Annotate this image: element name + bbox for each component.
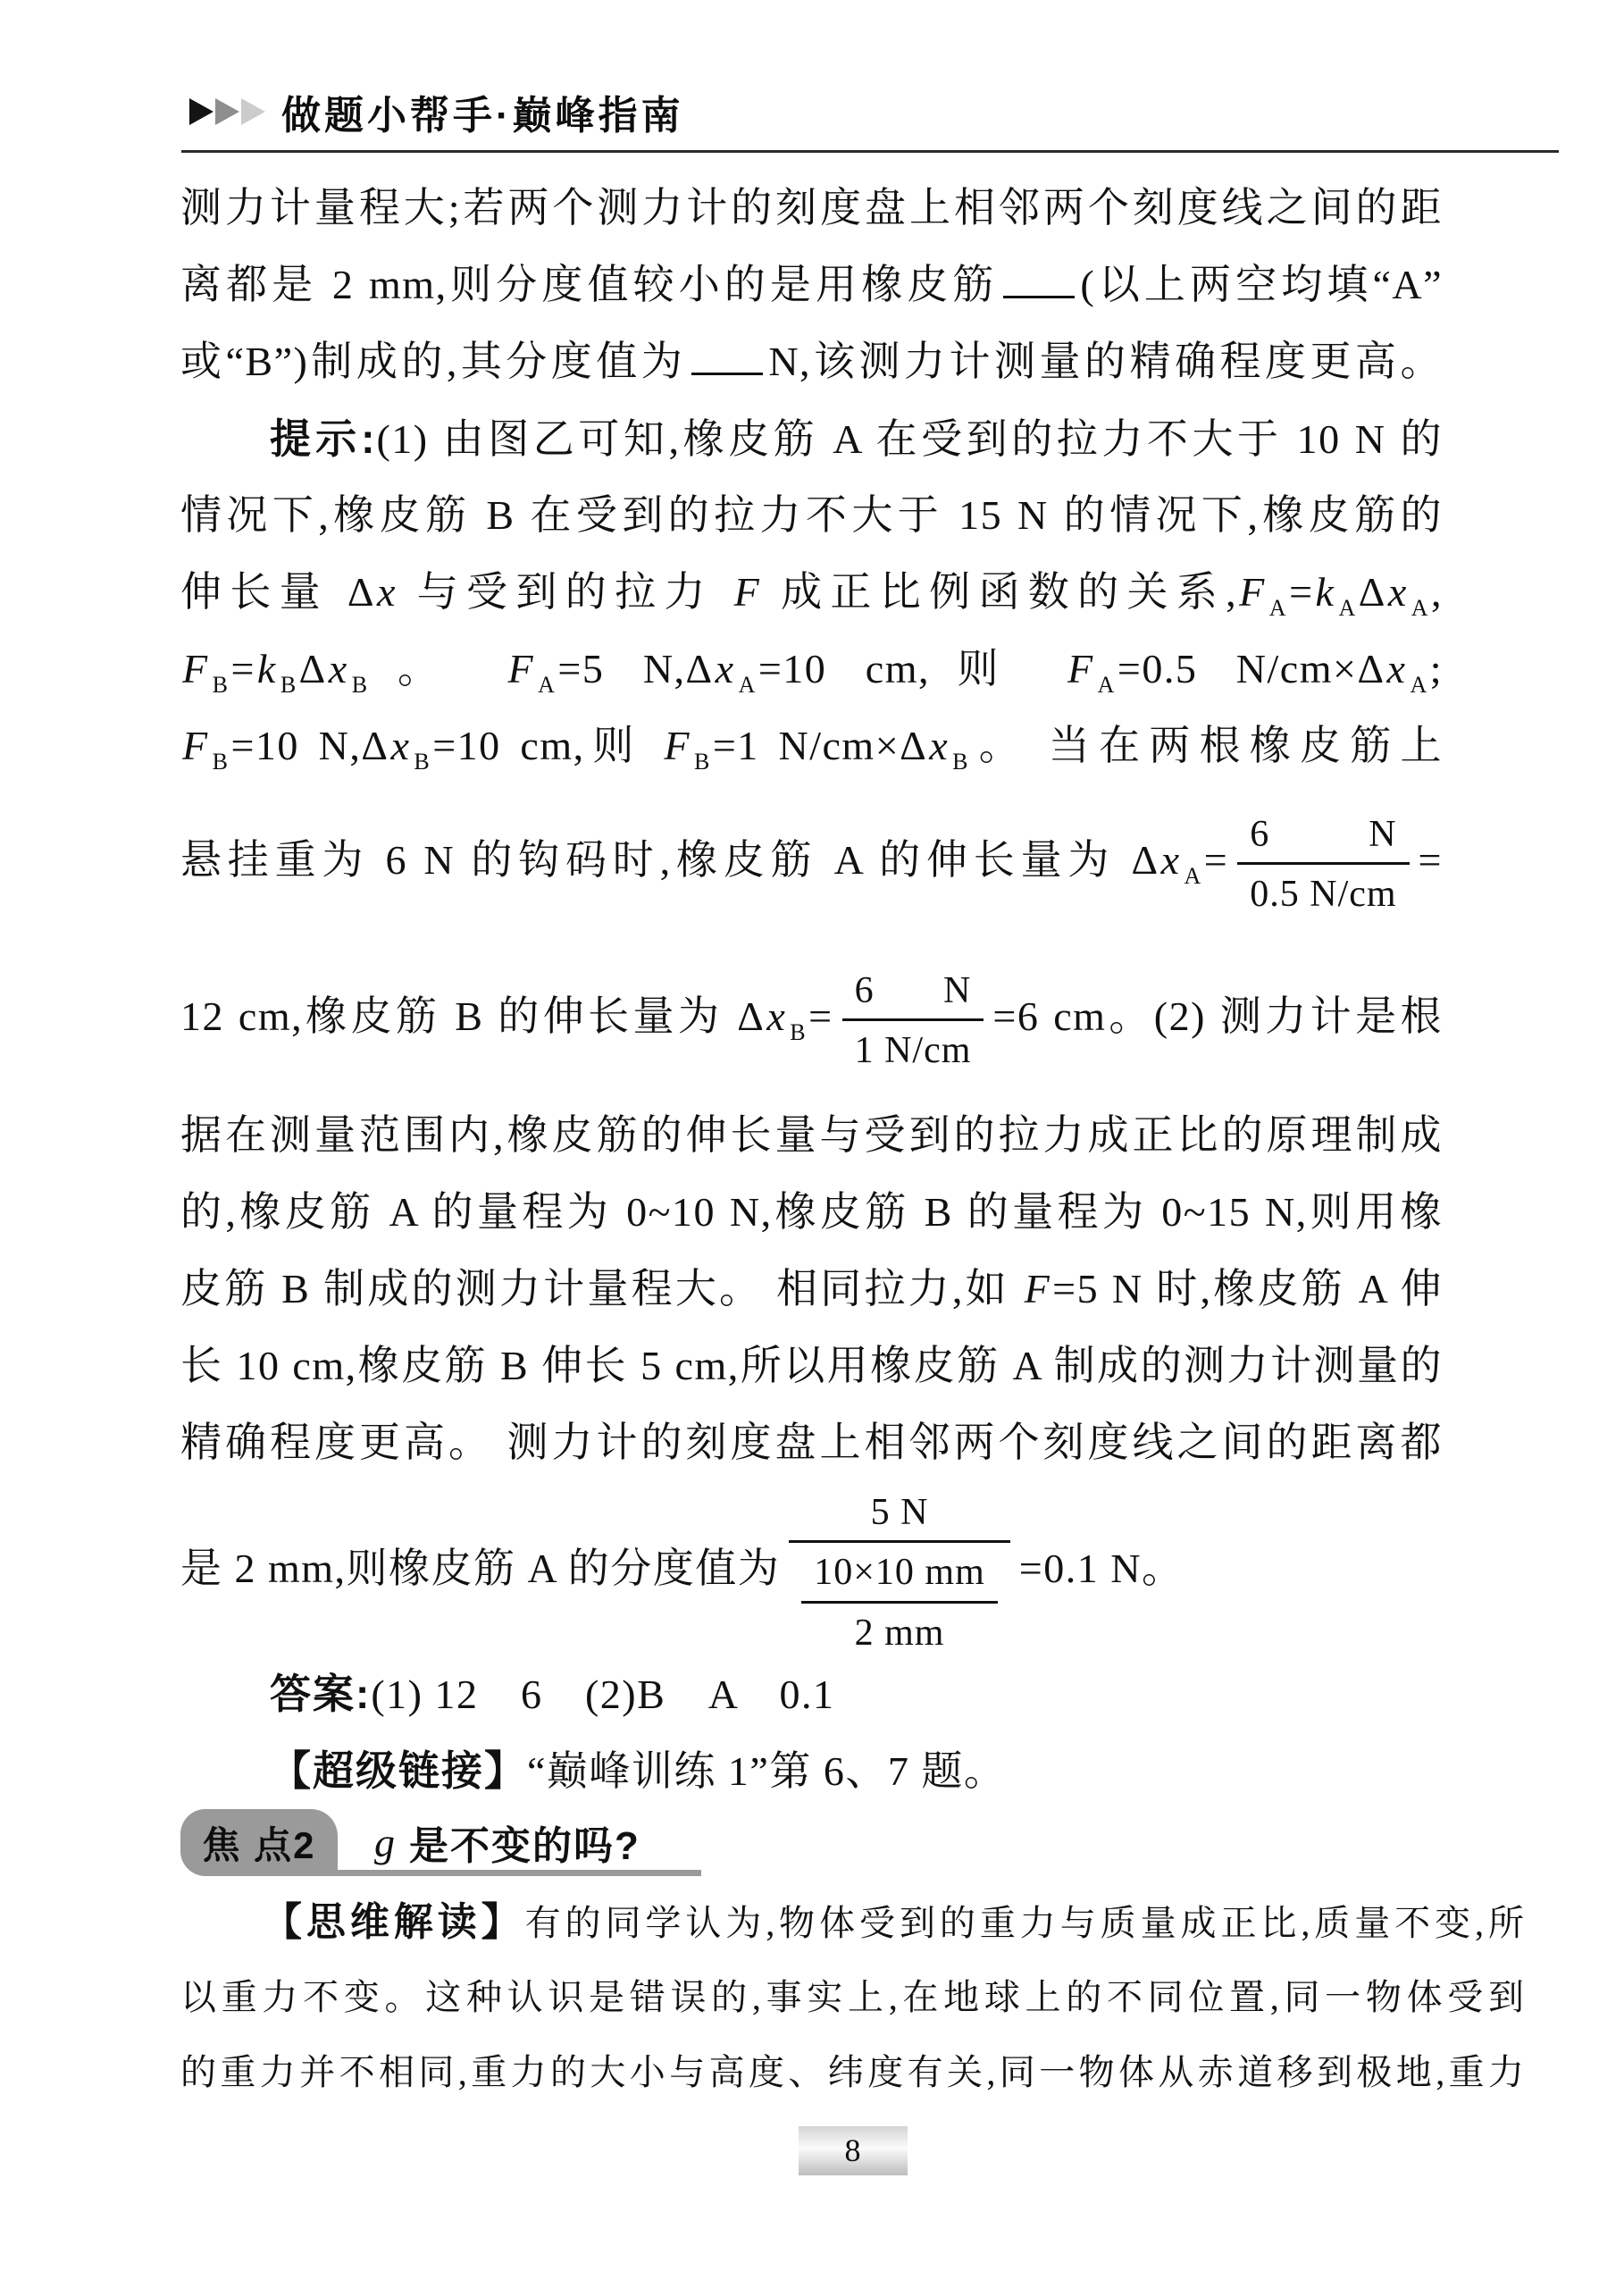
text-segment: = [1419,837,1443,883]
text-line: 测力计量程大;若两个测力计的刻度盘上相邻两个刻度线之间的距 [180,170,1443,247]
text-segment: F [180,646,211,691]
text-line: 皮筋 B 制成的测力计量程大。 相同拉力,如 F=5 N 时,橡皮筋 A 伸 [180,1251,1443,1328]
fill-in-blank [1003,255,1075,298]
fraction: 10×10 mm2 mm [801,1550,998,1655]
text-segment: 的,橡皮筋 A 的量程为 0~10 N,橡皮筋 B 的量程为 0~15 N,则用… [180,1189,1443,1235]
text-segment: 2 mm [855,1613,945,1654]
text-segment: 的重力并不相同,重力的大小与高度、纬度有关,同一物体从赤道移到极地,重力 [180,2052,1525,2092]
fraction: 6 N1 N/cm [842,968,984,1074]
text-segment: x [389,723,412,768]
text-segment: A [1338,595,1356,621]
text-segment: 离都是 2 mm,则分度值较小的是用橡皮筋 [180,262,998,307]
text-line: 的重力并不相同,重力的大小与高度、纬度有关,同一物体从赤道移到极地,重力 [180,2035,1525,2110]
text-segment: (以上两空均填“A” [1080,262,1443,307]
text-segment: 。 当在两根橡皮筋上 [971,723,1443,768]
header-rule [181,150,1559,153]
text-segment: B [352,672,369,698]
text-segment: 6 N [1250,814,1396,855]
text-segment: 答案: [270,1671,371,1717]
page-header-title: 做题小帮手·巅峰指南 [281,83,684,140]
focus-section-heading: 焦 点2 g 是不变的吗? [180,1809,1443,1885]
text-segment: 与受到的拉力 [398,569,732,615]
text-segment: N,该测力计测量的精确程度更高。 [768,339,1443,384]
text-segment: x [1385,646,1409,691]
text-segment: , [1431,569,1443,615]
text-segment: 【思维解读】 [263,1900,525,1944]
text-segment: B [790,1019,807,1045]
text-segment: 或“B”)制成的,其分度值为 [180,339,686,384]
focus-badge-label: 焦 点2 [202,1816,315,1870]
text-segment: 6 N [855,970,972,1011]
text-line: FB=kBΔxB。 FA=5 N,ΔxA=10 cm,则 FA=0.5 N/cm… [180,631,1443,708]
fraction-numerator: 5 N [789,1490,1010,1540]
focus-title: g 是不变的吗? [373,1811,640,1873]
text-segment: 0.5 N/cm [1250,874,1396,915]
text-segment: 精确程度更高。 测力计的刻度盘上相邻两个刻度线之间的距离都 [180,1420,1443,1465]
text-segment: x [327,646,350,691]
text-segment: A [538,672,556,698]
page-header: 做题小帮手·巅峰指南 [189,89,684,134]
text-segment: A [1185,863,1202,889]
text-segment: 5 N [871,1492,929,1533]
text-segment: x [375,569,398,615]
text-segment: F [1023,1266,1053,1311]
text-segment: Δ [299,646,327,691]
text-segment: F [1066,646,1096,691]
text-segment: 伸长量 Δ [180,569,375,615]
content-column: 测力计量程大;若两个测力计的刻度盘上相邻两个刻度线之间的距 离都是 2 mm,则… [180,170,1525,2175]
text-line: 是 2 mm,则橡皮筋 A 的分度值为5 N10×10 mm2 mm=0.1 N… [180,1481,1443,1655]
fraction-denominator: 0.5 N/cm [1237,862,1409,917]
text-segment: x [927,723,950,768]
text-segment: (1) 由图乙可知,橡皮筋 A 在受到的拉力不大于 10 N 的 [376,416,1443,462]
text-segment: 长 10 cm,橡皮筋 B 伸长 5 cm,所以用橡皮筋 A 制成的测力计测量的 [180,1343,1443,1388]
fraction: 5 N10×10 mm2 mm [789,1490,1010,1655]
text-segment: =6 cm。(2) 测力计是根 [992,993,1443,1039]
text-line: 12 cm,橡皮筋 B 的伸长量为 ΔxB=6 N1 N/cm=6 cm。(2)… [180,936,1443,1097]
text-segment: A [1269,595,1287,621]
text-line: 精确程度更高。 测力计的刻度盘上相邻两个刻度线之间的距离都 [180,1404,1443,1481]
fraction-denominator: 10×10 mm2 mm [789,1540,1010,1655]
text-line: FB=10 N,ΔxB=10 cm,则 FB=1 N/cm×ΔxB。 当在两根橡… [180,708,1443,784]
text-line: 离都是 2 mm,则分度值较小的是用橡皮筋(以上两空均填“A” [180,247,1443,323]
text-segment: =5 N,Δ [557,646,713,691]
text-line: 以重力不变。这种认识是错误的,事实上,在地球上的不同位置,同一物体受到 [180,1960,1525,2035]
text-segment: 是 2 mm,则橡皮筋 A 的分度值为 [180,1546,780,1591]
text-line: 悬挂重为 6 N 的钩码时,橡皮筋 A 的伸长量为 ΔxA=6 N0.5 N/c… [180,784,1443,936]
text-segment: 测力计量程大;若两个测力计的刻度盘上相邻两个刻度线之间的距 [180,185,1443,230]
header-arrow-icon [241,98,265,125]
text-segment: F [1237,569,1268,615]
text-segment: 据在测量范围内,橡皮筋的伸长量与受到的拉力成正比的原理制成 [180,1112,1443,1158]
text-segment: “巅峰训练 1”第 6、7 题。 [527,1748,1006,1794]
text-segment: =10 N,Δ [230,723,389,768]
text-segment: =10 cm,则 [432,723,662,768]
text-segment: 以重力不变。这种认识是错误的,事实上,在地球上的不同位置,同一物体受到 [180,1977,1525,2017]
text-segment: =1 N/cm×Δ [713,723,927,768]
text-segment: 12 cm,橡皮筋 B 的伸长量为 Δ [180,993,765,1039]
page-number: 8 [799,2126,908,2175]
text-segment: A [1410,672,1427,698]
text-segment: F [506,646,537,691]
text-segment: = [1289,569,1313,615]
text-segment: Δ [1359,569,1386,615]
text-segment: = [808,993,833,1039]
fill-in-blank [691,331,763,375]
text-segment: x [765,993,788,1039]
focus-badge: 焦 点2 [180,1809,338,1876]
text-segment: =5 N 时,橡皮筋 A 伸 [1052,1266,1443,1311]
text-segment: B [280,672,297,698]
text-segment: =0.1 N。 [1019,1546,1185,1591]
text-segment: 悬挂重为 6 N 的钩码时,橡皮筋 A 的伸长量为 Δ [180,837,1159,883]
text-segment: B [694,749,711,775]
text-segment: x [1159,837,1183,883]
fraction-numerator: 6 N [842,968,984,1018]
fraction-denominator: 2 mm [801,1601,998,1655]
super-link-line: 【超级链接】“巅峰训练 1”第 6、7 题。 [180,1732,1443,1809]
fraction: 6 N0.5 N/cm [1237,812,1409,917]
text-segment: 10×10 mm [814,1552,985,1593]
text-segment: A [1098,672,1116,698]
text-segment: ; [1430,646,1443,691]
answer-line: 答案:(1) 12 6 (2)B A 0.1 [180,1655,1443,1732]
text-segment: F [180,723,211,768]
text-segment: 【超级链接】 [270,1747,527,1794]
text-line: 长 10 cm,橡皮筋 B 伸长 5 cm,所以用橡皮筋 A 制成的测力计测量的 [180,1328,1443,1404]
text-segment: (1) 12 6 (2)B A 0.1 [371,1672,834,1717]
text-line: 【思维解读】有的同学认为,物体受到的重力与质量成正比,质量不变,所 [180,1885,1525,1960]
text-segment: = [230,646,255,691]
focus-symbol-g: g [373,1819,397,1866]
header-arrow-icon [189,98,213,125]
text-segment: x [1386,569,1410,615]
text-line: 伸长量 Δx 与受到的拉力 F 成正比例函数的关系,FA=kAΔxA, [180,554,1443,631]
text-segment: B [414,749,431,775]
text-segment: B [213,749,230,775]
text-segment: k [255,646,279,691]
text-segment: 皮筋 B 制成的测力计量程大。 相同拉力,如 [180,1266,1023,1311]
page: 做题小帮手·巅峰指南 测力计量程大;若两个测力计的刻度盘上相邻两个刻度线之间的距… [0,0,1624,2279]
text-line: 的,橡皮筋 A 的量程为 0~10 N,橡皮筋 B 的量程为 0~15 N,则用… [180,1174,1443,1251]
text-segment: F [732,569,763,615]
text-line: 或“B”)制成的,其分度值为N,该测力计测量的精确程度更高。 [180,323,1443,400]
fraction-numerator: 10×10 mm [801,1550,998,1600]
text-segment: 情况下,橡皮筋 B 在受到的拉力不大于 15 N 的情况下,橡皮筋的 [180,492,1443,538]
text-segment: = [1204,837,1228,883]
text-segment: 成正比例函数的关系, [762,569,1237,615]
text-line: 据在测量范围内,橡皮筋的伸长量与受到的拉力成正比的原理制成 [180,1097,1443,1174]
focus-question: 是不变的吗? [409,1814,640,1871]
text-segment: B [952,749,969,775]
text-segment: 提示: [270,415,376,462]
text-segment: =0.5 N/cm×Δ [1118,646,1385,691]
text-segment: 。 [371,646,506,691]
text-segment: B [213,672,230,698]
header-arrow-icon [215,98,239,125]
text-segment: 1 N/cm [855,1030,972,1071]
text-line: 情况下,橡皮筋 B 在受到的拉力不大于 15 N 的情况下,橡皮筋的 [180,477,1443,554]
fraction-denominator: 1 N/cm [842,1018,984,1073]
text-segment: k [1314,569,1337,615]
text-segment: A [739,672,757,698]
fraction-numerator: 6 N [1237,812,1409,862]
text-segment: x [714,646,737,691]
text-segment: =10 cm,则 [758,646,1066,691]
text-segment: F [662,723,692,768]
text-line: 提示:(1) 由图乙可知,橡皮筋 A 在受到的拉力不大于 10 N 的 [180,400,1443,477]
text-segment: A [1411,595,1429,621]
text-segment: 有的同学认为,物体受到的重力与质量成正比,质量不变,所 [525,1903,1525,1943]
